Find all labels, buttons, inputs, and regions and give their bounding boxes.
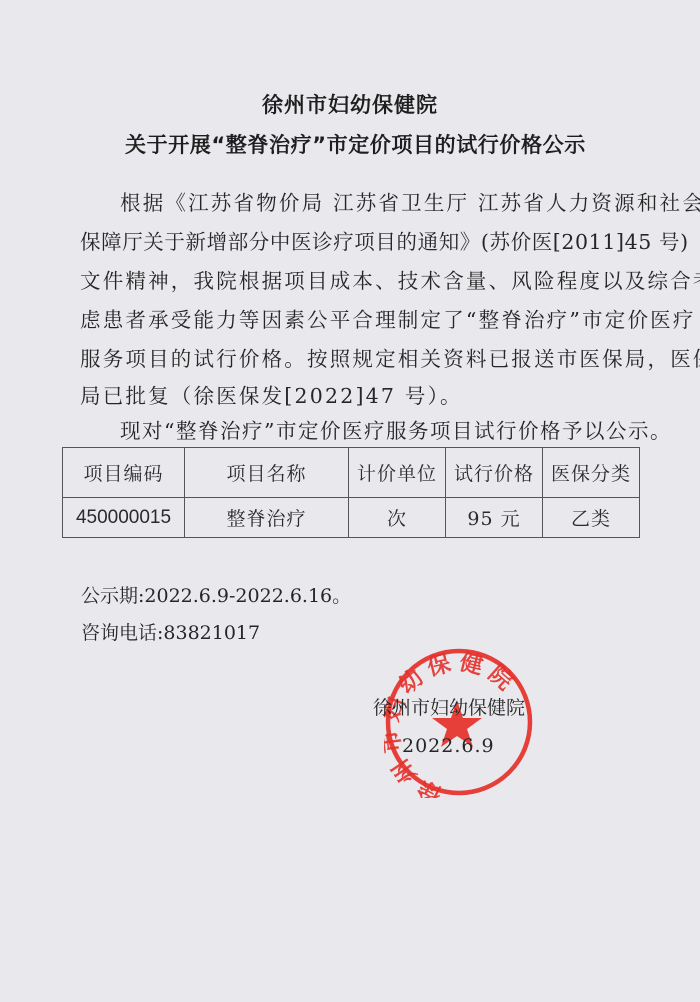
table-header-row: 项目编码 项目名称 计价单位 试行价格 医保分类 — [63, 448, 640, 498]
header-item-code: 项目编码 — [63, 448, 185, 498]
cell-item-name: 整脊治疗 — [185, 498, 349, 538]
body-paragraph-line: 保障厅关于新增部分中医诊疗项目的通知》(苏价医[2011]45 号) — [80, 225, 689, 255]
header-insurance-class: 医保分类 — [543, 448, 640, 498]
body-paragraph-line: 文件精神，我院根据项目成本、技术含量、风险程度以及综合考 — [80, 264, 700, 294]
contact-phone: 咨询电话:83821017 — [81, 618, 260, 645]
body-paragraph-line: 局已批复（徐医保发[2022]47 号）。 — [80, 379, 463, 409]
header-trial-price: 试行价格 — [446, 448, 543, 498]
header-pricing-unit: 计价单位 — [349, 448, 446, 498]
notice-period: 公示期:2022.6.9-2022.6.16。 — [81, 581, 351, 608]
cell-pricing-unit: 次 — [349, 498, 446, 538]
price-table: 项目编码 项目名称 计价单位 试行价格 医保分类 450000015 整脊治疗 … — [62, 447, 640, 538]
document-title-subject: 关于开展“整脊治疗”市定价项目的试行价格公示 — [125, 129, 586, 159]
signature-organization: 徐州市妇幼保健院 — [373, 693, 525, 720]
cell-item-code: 450000015 — [63, 498, 185, 538]
document-title-organization: 徐州市妇幼保健院 — [0, 89, 700, 119]
cell-insurance-class: 乙类 — [543, 498, 640, 538]
table-row: 450000015 整脊治疗 次 95 元 乙类 — [63, 498, 640, 538]
official-seal-stamp: 徐州市妇幼保健院 — [384, 648, 534, 798]
signature-date: 2022.6.9 — [402, 735, 495, 757]
body-paragraph-line: 服务项目的试行价格。按照规定相关资料已报送市医保局，医保 — [80, 342, 700, 372]
header-item-name: 项目名称 — [185, 448, 349, 498]
announcement-sentence: 现对“整脊治疗”市定价医疗服务项目试行价格予以公示。 — [120, 414, 672, 444]
cell-trial-price: 95 元 — [446, 498, 543, 538]
body-paragraph-line: 根据《江苏省物价局 江苏省卫生厅 江苏省人力资源和社会 — [120, 186, 700, 216]
body-paragraph-line: 虑患者承受能力等因素公平合理制定了“整脊治疗”市定价医疗 — [80, 303, 696, 333]
